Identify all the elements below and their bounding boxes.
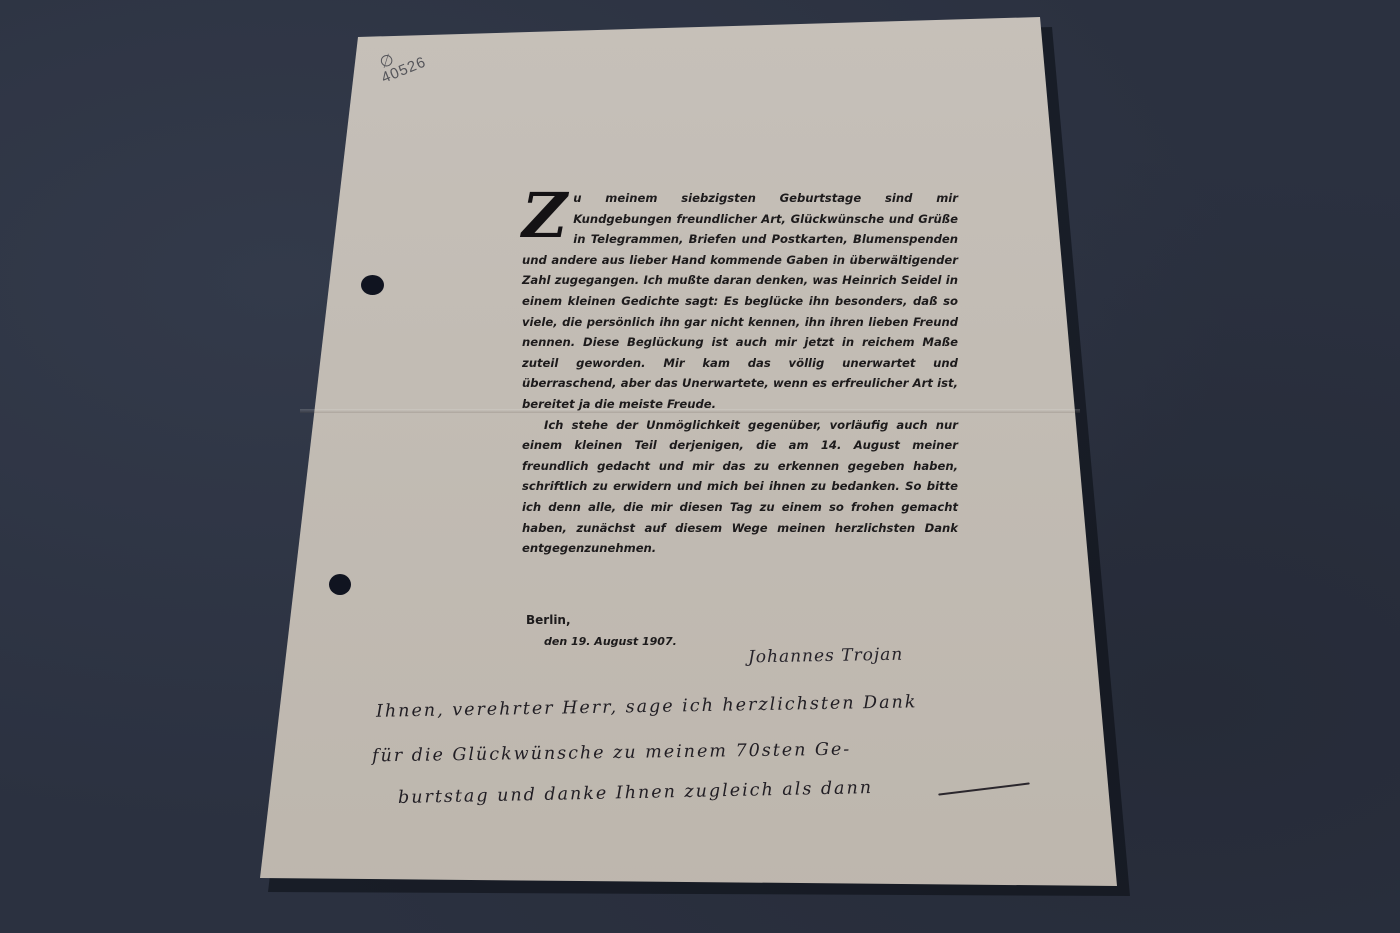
signature: Johannes Trojan: [748, 645, 904, 668]
paragraph-1-text: u meinem siebzigsten Geburtstage sind mi…: [522, 191, 958, 411]
punch-hole-top: [361, 275, 384, 295]
printed-letter-body: Zu meinem siebzigsten Geburtstage sind m…: [522, 188, 958, 559]
letter-place: Berlin,: [526, 613, 571, 627]
letter-date: den 19. August 1907.: [544, 635, 677, 648]
letter-paragraph-2: Ich stehe der Unmöglichkeit gegenüber, v…: [522, 415, 958, 559]
punch-hole-bottom: [329, 574, 351, 595]
drop-cap: Z: [522, 190, 567, 242]
letter-paragraph-1: Zu meinem siebzigsten Geburtstage sind m…: [522, 188, 958, 415]
